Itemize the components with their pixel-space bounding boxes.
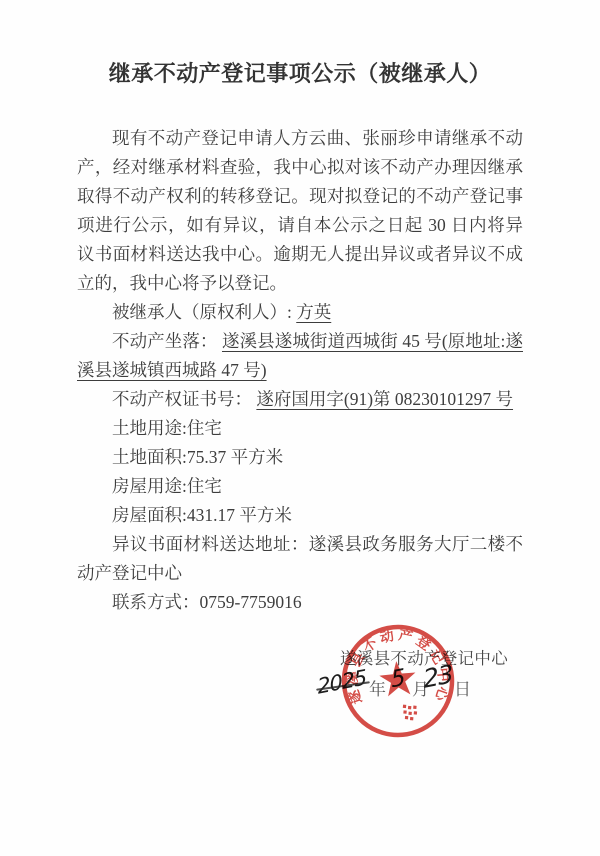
field-label: 土地面积: — [112, 447, 187, 467]
field-value: 遂府国用字(91)第 08230101297 号 — [256, 389, 513, 409]
handwritten-day: 23 — [422, 659, 454, 694]
field-row-land-area: 土地面积:75.37 平方米 — [77, 443, 523, 472]
field-label: 被继承人（原权利人）: — [112, 302, 296, 322]
field-row-property-location: 不动产坐落： 遂溪县遂城街道西城街 45 号(原地址:遂溪县遂城镇西城路 47 … — [77, 327, 523, 385]
date-day-label: 日 — [454, 675, 471, 700]
field-label: 异议书面材料送达地址： — [112, 534, 309, 554]
field-value: 0759-7759016 — [200, 592, 302, 612]
date-year-label: 年 — [369, 675, 386, 700]
field-row-contact-phone: 联系方式：0759-7759016 — [77, 588, 523, 617]
field-label: 房屋用途: — [112, 476, 187, 496]
field-value: 住宅 — [187, 418, 222, 438]
field-value: 方英 — [296, 302, 331, 322]
field-label: 不动产坐落： — [112, 331, 222, 351]
field-label: 不动产权证书号： — [112, 389, 256, 409]
handwritten-month: 5 — [390, 665, 406, 694]
notice-title: 继承不动产登记事项公示（被继承人） — [0, 57, 600, 88]
scanned-notice-page: 继承不动产登记事项公示（被继承人） 现有不动产登记申请人方云曲、张丽珍申请继承不… — [0, 0, 600, 856]
field-label: 房屋面积: — [112, 505, 187, 525]
field-value: 住宅 — [187, 476, 222, 496]
field-value: 431.17 平方米 — [187, 505, 292, 525]
field-row-objection-address: 异议书面材料送达地址：遂溪县政务服务大厅二楼不动产登记中心 — [77, 530, 523, 588]
seal-microtext-marks — [402, 705, 418, 721]
field-label: 联系方式： — [112, 592, 200, 612]
field-value: 75.37 平方米 — [187, 447, 283, 467]
notice-content: 现有不动产登记申请人方云曲、张丽珍申请继承不动产，经对继承材料查验，我中心拟对该… — [77, 124, 523, 617]
field-row-decedent: 被继承人（原权利人）: 方英 — [77, 298, 523, 327]
field-row-land-use: 土地用途:住宅 — [77, 414, 523, 443]
field-row-house-use: 房屋用途:住宅 — [77, 472, 523, 501]
field-row-house-area: 房屋面积:431.17 平方米 — [77, 501, 523, 530]
field-row-certificate-number: 不动产权证书号： 遂府国用字(91)第 08230101297 号 — [77, 385, 523, 414]
notice-body-paragraph: 现有不动产登记申请人方云曲、张丽珍申请继承不动产，经对继承材料查验，我中心拟对该… — [77, 124, 523, 298]
field-label: 土地用途: — [112, 418, 187, 438]
